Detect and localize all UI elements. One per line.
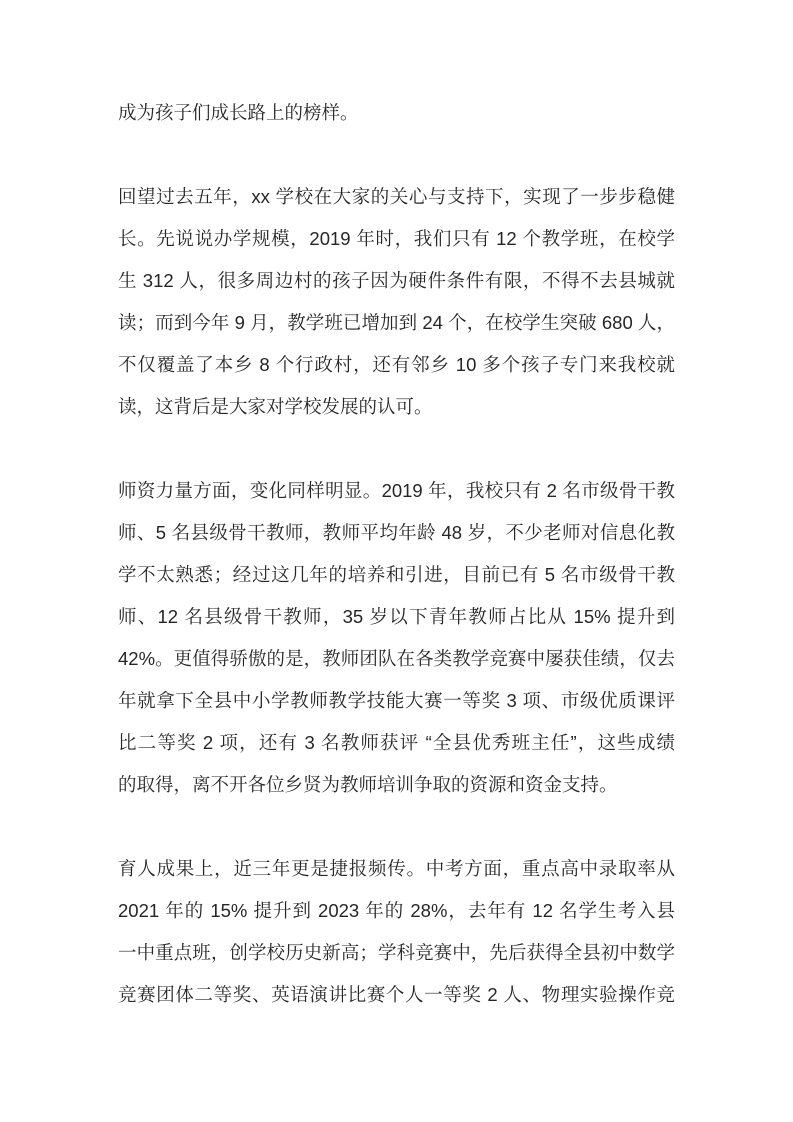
text-line: 学不太熟悉；经过这几年的培养和引进，目前已有 5 名市级骨干教	[118, 554, 675, 596]
paragraph: 师资力量方面，变化同样明显。2019 年，我校只有 2 名市级骨干教师、5 名县…	[118, 470, 675, 806]
text-line: 2021 年的 15% 提升到 2023 年的 28%，去年有 12 名学生考入…	[118, 890, 675, 932]
text-line: 竞赛团体二等奖、英语演讲比赛个人一等奖 2 人、物理实验操作竞	[118, 974, 675, 1016]
text-line: 师、5 名县级骨干教师，教师平均年龄 48 岁，不少老师对信息化教	[118, 512, 675, 554]
text-line: 读；而到今年 9 月，教学班已增加到 24 个，在校学生突破 680 人，	[118, 302, 675, 344]
paragraph: 成为孩子们成长路上的榜样。	[118, 92, 675, 134]
text-line: 成为孩子们成长路上的榜样。	[118, 92, 675, 134]
document-body: 成为孩子们成长路上的榜样。回望过去五年，xx 学校在大家的关心与支持下，实现了一…	[118, 92, 675, 1058]
text-line: 回望过去五年，xx 学校在大家的关心与支持下，实现了一步步稳健成	[118, 176, 675, 218]
text-line: 育人成果上，近三年更是捷报频传。中考方面，重点高中录取率从	[118, 848, 675, 890]
text-line: 师资力量方面，变化同样明显。2019 年，我校只有 2 名市级骨干教	[118, 470, 675, 512]
text-line: 比二等奖 2 项，还有 3 名教师获评 “全县优秀班主任”，这些成绩	[118, 722, 675, 764]
text-line: 师、12 名县级骨干教师，35 岁以下青年教师占比从 15% 提升到	[118, 596, 675, 638]
text-line: 的取得，离不开各位乡贤为教师培训争取的资源和资金支持。	[118, 764, 675, 806]
text-line: 不仅覆盖了本乡 8 个行政村，还有邻乡 10 多个孩子专门来我校就	[118, 344, 675, 386]
paragraph: 育人成果上，近三年更是捷报频传。中考方面，重点高中录取率从2021 年的 15%…	[118, 848, 675, 1016]
text-line: 一中重点班，创学校历史新高；学科竞赛中，先后获得全县初中数学	[118, 932, 675, 974]
text-line: 读，这背后是大家对学校发展的认可。	[118, 386, 675, 428]
paragraph: 回望过去五年，xx 学校在大家的关心与支持下，实现了一步步稳健成长。先说说办学规…	[118, 176, 675, 428]
text-line: 42%。更值得骄傲的是，教师团队在各类教学竞赛中屡获佳绩，仅去	[118, 638, 675, 680]
text-line: 年就拿下全县中小学教师教学技能大赛一等奖 3 项、市级优质课评	[118, 680, 675, 722]
document-page: 成为孩子们成长路上的榜样。回望过去五年，xx 学校在大家的关心与支持下，实现了一…	[0, 0, 793, 1122]
text-line: 长。先说说办学规模，2019 年时，我们只有 12 个教学班，在校学	[118, 218, 675, 260]
text-line: 生 312 人，很多周边村的孩子因为硬件条件有限，不得不去县城就	[118, 260, 675, 302]
